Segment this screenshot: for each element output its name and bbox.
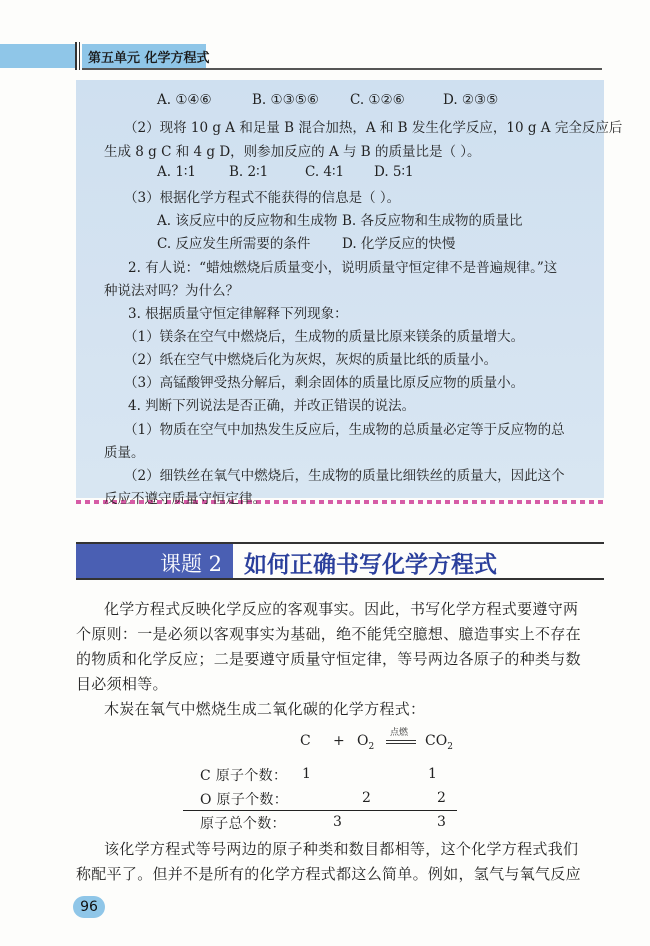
atom-row-left: 3 bbox=[333, 814, 342, 830]
q2-line: 生成 8 g C 和 4 g D，则参加反应的 A 与 B 的质量比是（ ）。 bbox=[104, 140, 481, 160]
paragraph-line: 木炭在氧气中燃烧生成二氧化碳的化学方程式： bbox=[104, 698, 425, 719]
q2-option-b: B. 2∶1 bbox=[229, 164, 268, 180]
q1-option-d: D. ②③⑤ bbox=[443, 92, 498, 108]
q3-option-b: B. 各反应物和生成物的质量比 bbox=[342, 209, 523, 229]
paragraph-line: 的物质和化学反应；二是要遵守质量守恒定律，等号两边各原子的种类与数 bbox=[76, 648, 581, 669]
header-color-strip bbox=[0, 44, 76, 68]
equation-condition: 点燃 bbox=[390, 725, 408, 738]
atom-row-left: 2 bbox=[362, 790, 371, 806]
lesson-title: 如何正确书写化学方程式 bbox=[244, 546, 497, 579]
lesson-banner-rule bbox=[76, 578, 604, 580]
atom-row-right: 2 bbox=[437, 790, 446, 806]
equation-equals-bar bbox=[386, 740, 416, 741]
equation-equals-bar bbox=[386, 743, 416, 744]
q1-option-c: C. ①②⑥ bbox=[350, 92, 405, 108]
exercise-3-title: 3. 根据质量守恒定律解释下列现象： bbox=[128, 302, 348, 322]
q2-option-c: C. 4∶1 bbox=[305, 164, 344, 180]
exercise-4-item: （1）物质在空气中加热发生反应后，生成物的总质量必定等于反应物的总 bbox=[124, 418, 565, 438]
paragraph-line: 化学方程式反映化学反应的客观事实。因此，书写化学方程式要遵守两 bbox=[104, 598, 578, 619]
equation-reactant-c: C bbox=[300, 733, 311, 749]
q2-option-d: D. 5∶1 bbox=[374, 164, 414, 180]
equation-product-co2: CO2 bbox=[425, 733, 453, 752]
atom-row-right: 1 bbox=[428, 766, 437, 782]
q2-line: （2）现将 10 g A 和足量 B 混合加热，A 和 B 发生化学反应，10 … bbox=[124, 116, 622, 136]
q2-option-a: A. 1∶1 bbox=[157, 164, 196, 180]
exercise-2: 2. 有人说：“蜡烛燃烧后质量变小，说明质量守恒定律不是普遍规律。”这 bbox=[128, 256, 557, 276]
q1-option-a: A. ①④⑥ bbox=[157, 92, 212, 108]
exercise-3-item: （3）高锰酸钾受热分解后，剩余固体的质量比原反应物的质量小。 bbox=[124, 371, 524, 391]
atom-row-label: O 原子个数： bbox=[200, 789, 288, 809]
exercise-2: 种说法对吗？为什么？ bbox=[104, 279, 239, 299]
exercise-3-item: （2）纸在空气中燃烧后化为灰烬，灰烬的质量比纸的质量小。 bbox=[124, 348, 497, 368]
table-sum-rule bbox=[183, 810, 457, 811]
exercise-4-item: （2）细铁丝在氧气中燃烧后，生成物的质量比细铁丝的质量大，因此这个 bbox=[124, 464, 565, 484]
exercise-4-title: 4. 判断下列说法是否正确，并改正错误的说法。 bbox=[128, 394, 415, 414]
paragraph-line: 个原则：一是必须以客观事实为基础，绝不能凭空臆想、臆造事实上不存在 bbox=[76, 623, 581, 644]
paragraph-line: 该化学方程式等号两边的原子种类和数目都相等，这个化学方程式我们 bbox=[104, 838, 578, 859]
atom-row-right: 3 bbox=[437, 814, 446, 830]
q3-option-d: D. 化学反应的快慢 bbox=[342, 232, 455, 252]
q1-option-b: B. ①③⑤⑥ bbox=[252, 92, 319, 108]
exercise-3-item: （1）镁条在空气中燃烧后，生成物的质量比原来镁条的质量增大。 bbox=[124, 325, 524, 345]
atom-row-left: 1 bbox=[302, 766, 311, 782]
unit-title: 第五单元 化学方程式 bbox=[88, 47, 210, 66]
q3-option-a: A. 该反应中的反应物和生成物 bbox=[157, 209, 337, 229]
paragraph-line: 称配平了。但并不是所有的化学方程式都这么简单。例如，氢气与氧气反应 bbox=[76, 863, 581, 884]
exercise-4-item: 质量。 bbox=[104, 441, 145, 461]
q3-line: （3）根据化学方程式不能获得的信息是（ ）。 bbox=[124, 186, 400, 206]
atom-row-label: C 原子个数： bbox=[200, 765, 287, 785]
lesson-label: 课题 2 bbox=[160, 548, 222, 578]
q3-option-c: C. 反应发生所需要的条件 bbox=[157, 232, 310, 252]
equation-reactant-o2: O2 bbox=[357, 733, 374, 752]
header-divider bbox=[79, 42, 80, 70]
equation-plus: + bbox=[333, 733, 345, 749]
paragraph-line: 目必须相等。 bbox=[76, 673, 168, 694]
exercise-4-item: 反应不遵守质量守恒定律。 bbox=[104, 487, 266, 507]
atom-row-label: 原子总个数： bbox=[200, 813, 286, 833]
header-underline bbox=[82, 68, 602, 70]
page-number: 96 bbox=[73, 896, 105, 918]
header-divider bbox=[75, 42, 77, 70]
